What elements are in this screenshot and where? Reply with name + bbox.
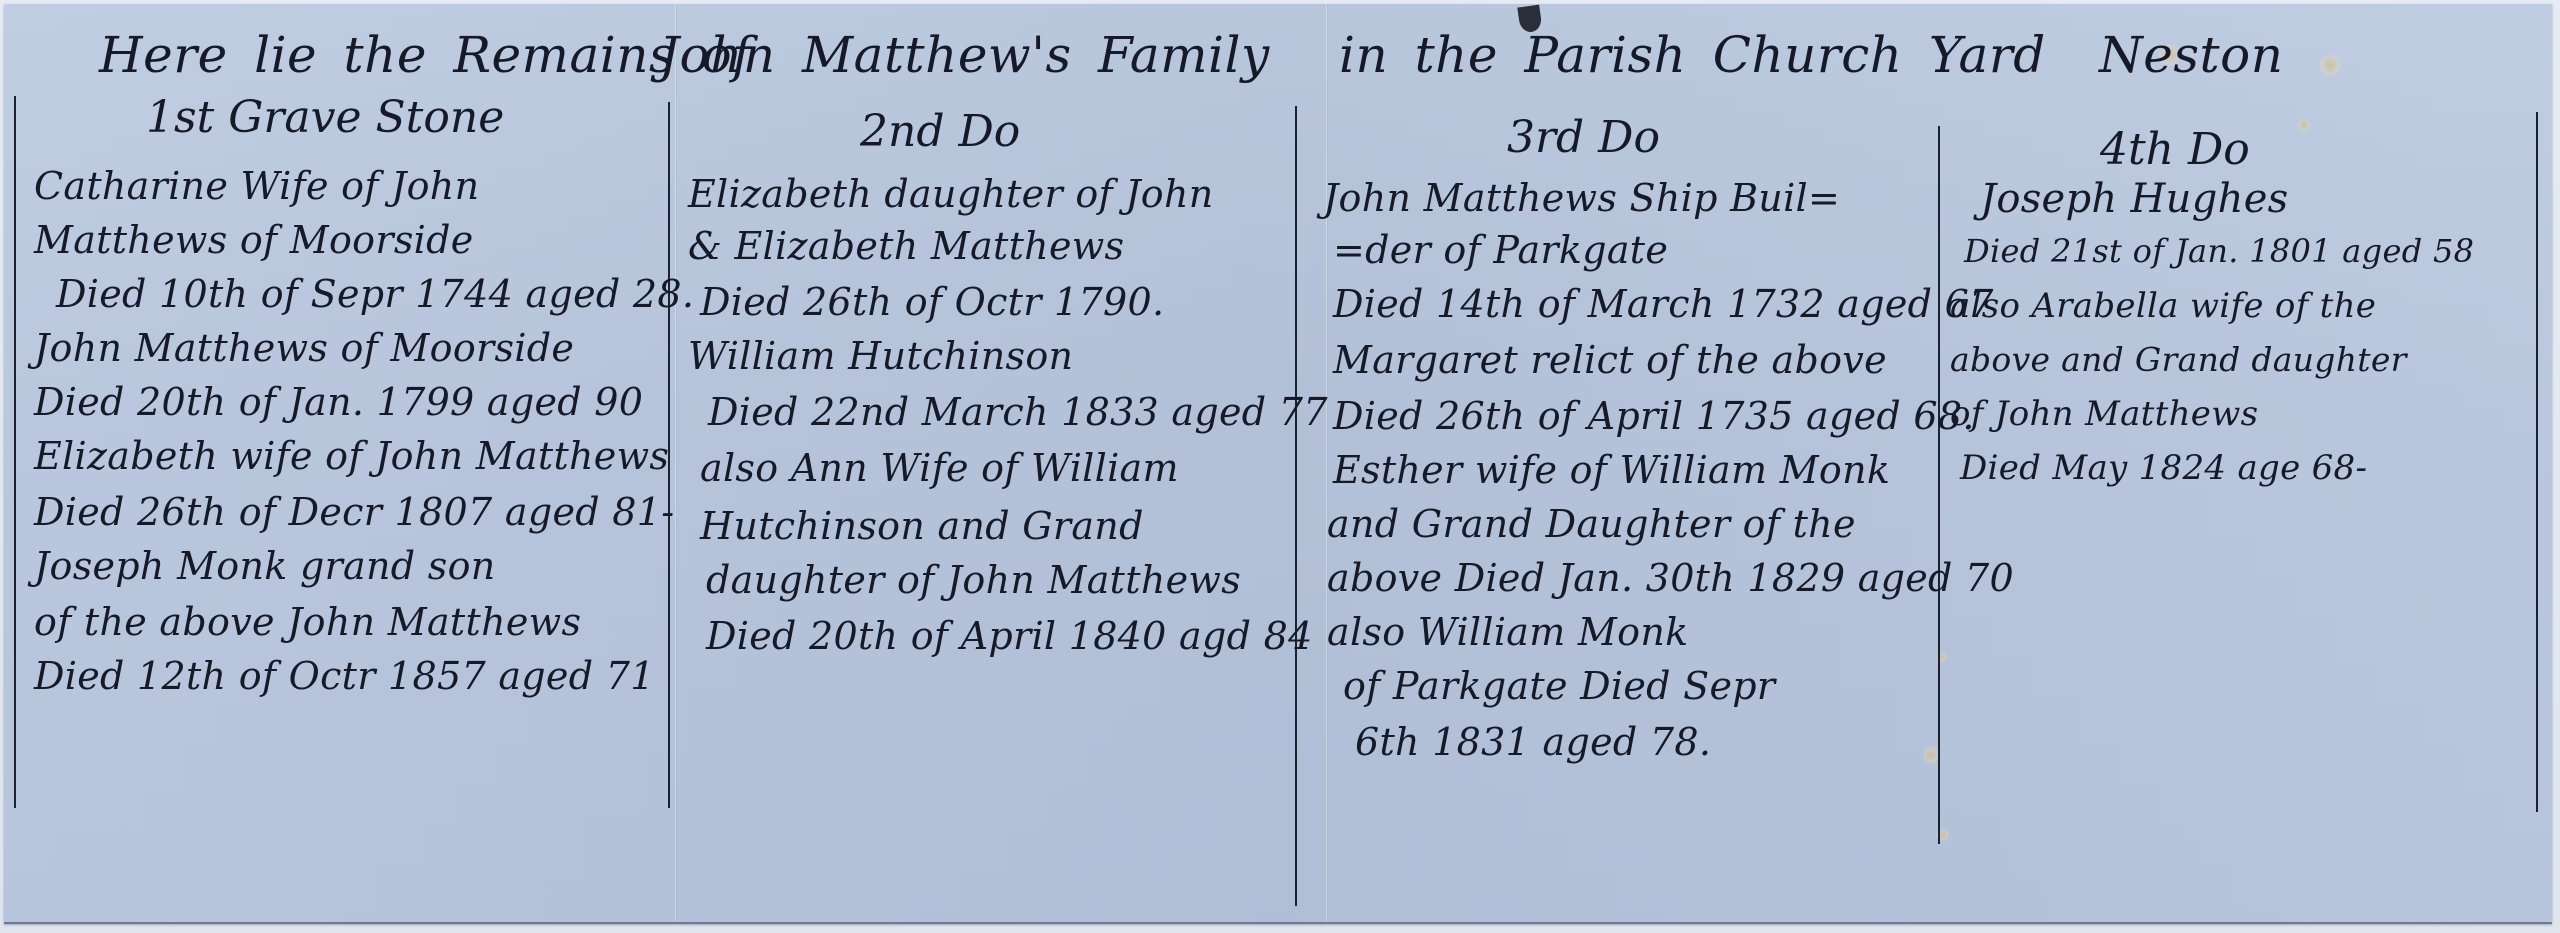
title-part: John Matthew's Family [659,26,1339,84]
fold-crease-left [675,4,677,922]
inscription-line: also Arabella wife of the [1950,286,2376,326]
inscription-line: Died May 1824 age 68- [1960,448,2367,488]
column-heading: 1st Grave Stone [146,92,504,143]
inscription-line: Hutchinson and Grand [700,504,1144,548]
handwritten-sheet: Here lie the Remains ofJohn Matthew's Fa… [4,4,2552,924]
inscription-line: also William Monk [1327,610,1688,654]
inscription-line: Died 26th of Decr 1807 aged 81- [34,490,674,534]
inscription-line: Died 12th of Octr 1857 aged 71 [34,654,655,698]
inscription-line: Died 14th of March 1732 aged 67 [1333,282,1994,326]
inscription-line: Esther wife of William Monk [1333,448,1890,492]
inscription-line: 6th 1831 aged 78. [1355,720,1711,764]
inscription-line: Died 21st of Jan. 1801 aged 58 [1964,232,2474,270]
inscription-line: Elizabeth wife of John Matthews [34,434,669,478]
inscription-line: Died 26th of April 1735 aged 68. [1333,394,1975,438]
inscription-line: daughter of John Matthews [706,558,1241,602]
inscription-line: Matthews of Moorside [34,218,474,262]
inscription-line: above Died Jan. 30th 1829 aged 70 [1327,556,2014,600]
column-heading: 4th Do [2100,124,2250,175]
title-part: Here lie the Remains of [99,26,659,84]
inscription-line: of Parkgate Died Sepr [1343,664,1775,708]
inscription-line: of the above John Matthews [34,600,581,644]
inscription-line: Died 26th of Octr 1790. [700,280,1164,324]
inscription-line: William Hutchinson [688,334,1073,378]
column-heading: 2nd Do [860,106,1020,157]
document-title: Here lie the Remains ofJohn Matthew's Fa… [99,26,2283,84]
inscription-line: & Elizabeth Matthews [688,224,1124,268]
inscription-line: Catharine Wife of John [34,164,479,208]
inscription-line: Died 20th of Jan. 1799 aged 90 [34,380,643,424]
inscription-line: above and Grand daughter [1950,340,2407,379]
inscription-line: and Grand Daughter of the [1327,502,1856,546]
column-rule-4 [1938,126,1940,844]
document-photo: Here lie the Remains ofJohn Matthew's Fa… [0,0,2560,933]
column-rule-right [2536,112,2538,812]
inscription-line: Elizabeth daughter of John [688,172,1214,216]
title-part: in the Parish Church Yard [1339,26,2099,84]
fold-crease-middle [1326,4,1328,922]
inscription-line: Joseph Hughes [1980,176,2289,222]
column-rule-1 [14,96,16,808]
column-rule-3 [1295,106,1297,906]
inscription-line: Died 20th of April 1840 agd 84 [706,614,1313,658]
foxing-spot [1923,746,1939,764]
inscription-line: Died 10th of Sepr 1744 aged 28. [56,272,694,316]
foxing-spot [2319,54,2341,76]
title-part: Neston [2099,26,2283,84]
inscription-line: Joseph Monk grand son [34,544,496,588]
inscription-line: Margaret relict of the above [1333,338,1887,382]
inscription-line: John Matthews Ship Buil= [1323,176,1840,220]
foxing-spot [2297,118,2311,132]
inscription-line: of John Matthews [1950,394,2258,434]
inscription-line: =der of Parkgate [1333,228,1668,272]
inscription-line: also Ann Wife of William [700,446,1179,490]
column-heading: 3rd Do [1507,112,1660,163]
inscription-line: John Matthews of Moorside [34,326,574,370]
inscription-line: Died 22nd March 1833 aged 77 [708,390,1328,434]
